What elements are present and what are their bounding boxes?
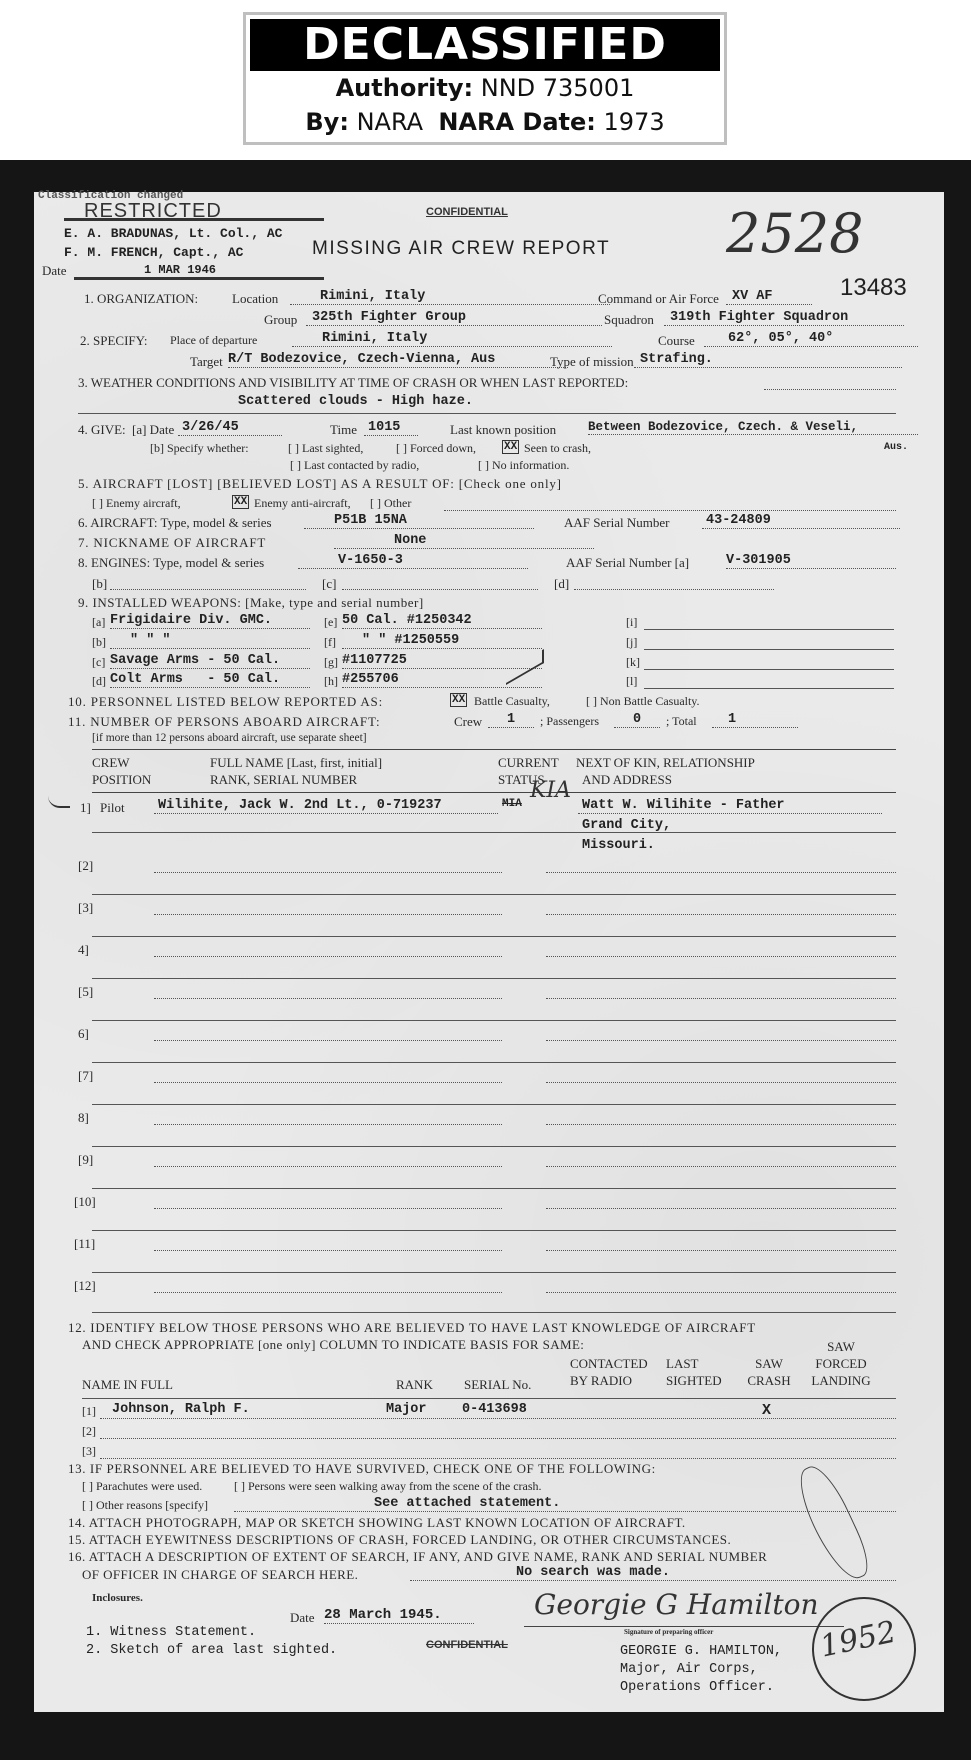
by-label: By: bbox=[305, 108, 349, 136]
time-label: Time bbox=[330, 422, 357, 438]
last-knowledge-label: 12. IDENTIFY BELOW THOSE PERSONS WHO ARE… bbox=[68, 1320, 756, 1336]
engine-b-line bbox=[110, 589, 306, 590]
col-serial: SERIAL No. bbox=[464, 1377, 531, 1393]
survived-label: 13. IF PERSONNEL ARE BELIEVED TO HAVE SU… bbox=[68, 1461, 656, 1477]
mission-type-label: Type of mission bbox=[550, 354, 634, 370]
other-cause-line bbox=[444, 510, 896, 511]
aircraft-serial-field: 43-24809 bbox=[702, 513, 900, 529]
passengers-count-field: 0 bbox=[614, 712, 660, 728]
authority-line-2: F. M. FRENCH, Capt., AC bbox=[64, 245, 243, 260]
battle-casualty-checkbox[interactable]: XX bbox=[450, 693, 467, 707]
squadron-field: 319th Fighter Squadron bbox=[664, 310, 904, 326]
no-information-checkbox[interactable]: [ ] No information. bbox=[478, 458, 569, 473]
last-knowledge-label-2: AND CHECK APPROPRIATE [one only] COLUMN … bbox=[82, 1337, 584, 1353]
crew-row-number: 8] bbox=[78, 1110, 89, 1126]
witness-row-number: [2] bbox=[82, 1424, 96, 1439]
persons-aboard-label: 11. NUMBER OF PERSONS ABOARD AIRCRAFT: bbox=[68, 714, 380, 730]
crew-row-number: [2] bbox=[78, 858, 93, 874]
total-count-field: 1 bbox=[712, 712, 798, 728]
weapon-key: [k] bbox=[626, 655, 640, 670]
crew-row-number: 6] bbox=[78, 1026, 89, 1042]
engine-c-label: [c] bbox=[322, 576, 336, 592]
header-text: FULL NAME [Last, first, initial] bbox=[210, 754, 382, 771]
weapon-c-field: Savage Arms - 50 Cal. bbox=[110, 653, 310, 669]
col-name-in-full: NAME IN FULL bbox=[82, 1377, 173, 1393]
engine-d-label: [d] bbox=[554, 576, 569, 592]
aircraft-type-field: P51B 15NA bbox=[304, 513, 534, 529]
squadron-label: Squadron bbox=[604, 312, 654, 328]
weapon-j-line bbox=[644, 649, 894, 650]
handwritten-number: 2528 bbox=[726, 202, 863, 265]
weapon-i-line bbox=[644, 629, 894, 630]
weapon-key: [i] bbox=[626, 615, 637, 630]
course-label: Course bbox=[658, 333, 695, 349]
weapon-key: [f] bbox=[324, 635, 336, 650]
crew-row-number: [10] bbox=[74, 1194, 96, 1210]
inclosure-item: 2. Sketch of area last sighted. bbox=[86, 1643, 337, 1658]
target-label: Target bbox=[190, 354, 223, 370]
kin-name-field: Watt W. Wilihite - Father bbox=[578, 798, 882, 814]
confidential-top-stamp: CONFIDENTIAL bbox=[426, 206, 508, 218]
witness-row-line bbox=[100, 1418, 896, 1419]
weather-field: Scattered clouds - High haze. bbox=[238, 394, 473, 409]
weapon-key: [j] bbox=[626, 635, 637, 650]
attach-photo-label: 14. ATTACH PHOTOGRAPH, MAP OR SKETCH SHO… bbox=[68, 1515, 686, 1531]
mission-type-field: Strafing. bbox=[634, 352, 902, 368]
command-field: XV AF bbox=[726, 289, 812, 305]
group-label: Group bbox=[264, 312, 297, 328]
nara-date-label: NARA Date: bbox=[438, 108, 596, 136]
header-text: RANK, SERIAL NUMBER bbox=[210, 771, 382, 788]
engine-c-line bbox=[342, 589, 538, 590]
officer-in-charge-label: OF OFFICER IN CHARGE OF SEARCH HERE. bbox=[82, 1567, 358, 1583]
authority-line: Authority: NND 735001 bbox=[246, 71, 724, 105]
witness-serial: 0-413698 bbox=[462, 1402, 527, 1417]
declassified-stamp: DECLASSIFIED Authority: NND 735001 By: N… bbox=[243, 12, 727, 145]
witness-row-line bbox=[100, 1438, 896, 1439]
authority-label: Authority: bbox=[336, 74, 473, 102]
declassified-heading: DECLASSIFIED bbox=[250, 19, 720, 71]
parachutes-checkbox[interactable]: [ ] Parachutes were used. bbox=[82, 1479, 202, 1494]
crew-position-header: CREW POSITION bbox=[92, 754, 151, 788]
attach-eyewitness-label: 15. ATTACH EYEWITNESS DESCRIPTIONS OF CR… bbox=[68, 1532, 731, 1548]
document-page: Classification changed RESTRICTED E. A. … bbox=[34, 192, 944, 1712]
inclosures-label: Inclosures. bbox=[92, 1592, 143, 1604]
crew-row-number: [7] bbox=[78, 1068, 93, 1084]
footer-date-field: 28 March 1945. bbox=[324, 1607, 474, 1624]
inclosure-item: 1. Witness Statement. bbox=[86, 1625, 256, 1640]
weapon-key: [l] bbox=[626, 674, 637, 689]
departure-field: Rimini, Italy bbox=[292, 331, 612, 347]
crew-label: Crew bbox=[454, 714, 482, 730]
weapon-f-field: " " #1250559 bbox=[342, 633, 542, 649]
position-field: Between Bodezovice, Czech. & Veseli, bbox=[588, 420, 918, 435]
witness-rank: Major bbox=[386, 1402, 427, 1417]
engine-b-label: [b] bbox=[92, 576, 107, 592]
nara-line: By: NARA NARA Date: 1973 bbox=[246, 105, 724, 139]
time-field: 1015 bbox=[364, 420, 418, 436]
crew-row-number: [3] bbox=[78, 900, 93, 916]
report-number: 13483 bbox=[840, 274, 907, 302]
anti-aircraft-label: Enemy anti-aircraft, bbox=[254, 496, 351, 511]
witness-row-line bbox=[100, 1458, 896, 1459]
weapon-key: [c] bbox=[92, 655, 105, 670]
weapon-key: [e] bbox=[324, 615, 337, 630]
crew-position: Pilot bbox=[100, 800, 125, 816]
seen-to-crash-label: Seen to crash, bbox=[524, 441, 591, 456]
crew-row-number: [12] bbox=[74, 1278, 96, 1294]
total-label: ; Total bbox=[666, 714, 697, 729]
last-contacted-radio-checkbox[interactable]: [ ] Last contacted by radio, bbox=[290, 458, 419, 473]
enemy-aircraft-checkbox[interactable]: [ ] Enemy aircraft, bbox=[92, 496, 181, 511]
crew-status-handwritten: KIA bbox=[530, 778, 571, 803]
walking-away-checkbox[interactable]: [ ] Persons were seen walking away from … bbox=[234, 1479, 542, 1494]
crew-kin-header: NEXT OF KIN, RELATIONSHIP AND ADDRESS bbox=[576, 754, 755, 788]
group-field: 325th Fighter Group bbox=[306, 310, 602, 326]
crew-row-number: 1] bbox=[80, 800, 91, 816]
weapon-key: [b] bbox=[92, 635, 106, 650]
kin-address-2: Missouri. bbox=[582, 838, 655, 853]
other-reasons-field: See attached statement. bbox=[234, 1496, 896, 1512]
crew-row-rule bbox=[92, 832, 896, 833]
signature-caption: Signature of preparing officer bbox=[624, 1628, 713, 1636]
confidential-bottom-stamp: CONFIDENTIAL bbox=[426, 1639, 508, 1651]
strike-line bbox=[64, 218, 324, 221]
other-reasons-checkbox[interactable]: [ ] Other reasons [specify] bbox=[82, 1498, 208, 1513]
witness-row-number: [3] bbox=[82, 1444, 96, 1459]
strike-line bbox=[74, 277, 324, 280]
weapon-key: [g] bbox=[324, 655, 338, 670]
command-label: Command or Air Force bbox=[598, 291, 719, 307]
header-text: CREW bbox=[92, 754, 151, 771]
specify-label: 2. SPECIFY: bbox=[80, 333, 147, 349]
col-last-sighted: LAST SIGHTED bbox=[666, 1355, 736, 1389]
page-title: MISSING AIR CREW REPORT bbox=[312, 238, 610, 260]
crew-count-field: 1 bbox=[488, 712, 534, 728]
crew-header-rule bbox=[92, 749, 896, 750]
weapon-l-line bbox=[644, 688, 894, 689]
crew-header-rule bbox=[92, 792, 896, 793]
footer-date-label: Date bbox=[290, 1610, 315, 1626]
header-text: AND ADDRESS bbox=[576, 771, 755, 788]
anti-aircraft-checkbox[interactable]: XX bbox=[232, 495, 249, 509]
course-field: 62°, 05°, 40° bbox=[704, 331, 918, 347]
officer-signature: Georgie G Hamilton bbox=[534, 1588, 819, 1621]
weapon-key: [h] bbox=[324, 674, 338, 689]
witness-saw-crash-mark: X bbox=[762, 1402, 771, 1419]
weapon-d-field: Colt Arms - 50 Cal. bbox=[110, 672, 310, 688]
passengers-label: ; Passengers bbox=[540, 714, 599, 729]
give-label: 4. GIVE: bbox=[78, 422, 126, 438]
seen-to-crash-checkbox[interactable]: XX bbox=[502, 440, 519, 454]
last-sighted-checkbox[interactable]: [ ] Last sighted, bbox=[288, 441, 363, 456]
header-text: NEXT OF KIN, RELATIONSHIP bbox=[576, 754, 755, 771]
weapon-a-field: Frigidaire Div. GMC. bbox=[110, 613, 310, 629]
attach-search-label: 16. ATTACH A DESCRIPTION OF EXTENT OF SE… bbox=[68, 1549, 767, 1565]
kin-address-1: Grand City, bbox=[582, 818, 671, 833]
header-date: 1 MAR 1946 bbox=[144, 263, 216, 277]
position-label: Last known position bbox=[450, 422, 556, 438]
weather-line bbox=[764, 389, 896, 390]
date-label: Date bbox=[42, 263, 67, 279]
non-battle-casualty-checkbox[interactable]: [ ] Non Battle Casualty. bbox=[586, 694, 700, 709]
crew-name-field: Wilihite, Jack W. 2nd Lt., 0-719237 bbox=[154, 798, 498, 814]
officer-rank: Major, Air Corps, bbox=[620, 1662, 758, 1677]
weather-underline bbox=[78, 413, 896, 414]
weapons-label: 9. INSTALLED WEAPONS: [Make, type and se… bbox=[78, 595, 424, 611]
check-mark bbox=[48, 796, 70, 808]
col-saw-forced-landing: SAW FORCED LANDING bbox=[806, 1338, 876, 1389]
crew-status-struck: MIA bbox=[502, 798, 522, 810]
location-field: Rimini, Italy bbox=[290, 289, 610, 305]
nickname-label: 7. NICKNAME OF AIRCRAFT bbox=[78, 535, 266, 551]
other-cause-checkbox[interactable]: [ ] Other bbox=[370, 496, 411, 511]
date-sub-label: [a] Date bbox=[132, 422, 174, 438]
nickname-field: None bbox=[334, 533, 594, 549]
signature-line bbox=[524, 1626, 844, 1627]
departure-label: Place of departure bbox=[170, 333, 257, 348]
incident-date-field: 3/26/45 bbox=[178, 420, 282, 436]
weapon-k-line bbox=[644, 669, 894, 670]
crew-name-header: FULL NAME [Last, first, initial] RANK, S… bbox=[210, 754, 382, 788]
by-value: NARA bbox=[357, 108, 424, 136]
header-text: CURRENT bbox=[498, 754, 559, 771]
crew-row-number: 4] bbox=[78, 942, 89, 958]
col-contacted-radio: CONTACTED BY RADIO bbox=[570, 1355, 660, 1389]
weather-label: 3. WEATHER CONDITIONS AND VISIBILITY AT … bbox=[78, 375, 628, 391]
authority-line-1: E. A. BRADUNAS, Lt. Col., AC bbox=[64, 226, 282, 241]
organization-label: 1. ORGANIZATION: bbox=[84, 291, 198, 307]
battle-casualty-label: Battle Casualty, bbox=[474, 694, 550, 709]
crew-row-number: [9] bbox=[78, 1152, 93, 1168]
col-saw-crash: SAW CRASH bbox=[744, 1355, 794, 1389]
aircraft-lost-label: 5. AIRCRAFT [LOST] [BELIEVED LOST] AS A … bbox=[78, 476, 562, 492]
weapon-b-field: " " " bbox=[110, 633, 310, 649]
witness-header-rule bbox=[82, 1398, 896, 1399]
personnel-reported-label: 10. PERSONNEL LISTED BELOW REPORTED AS: bbox=[68, 694, 383, 710]
search-description-field: No search was made. bbox=[410, 1565, 896, 1581]
crew-row-number: [5] bbox=[78, 984, 93, 1000]
engine-serial-label: AAF Serial Number [a] bbox=[566, 555, 689, 571]
target-field: R/T Bodezovice, Czech-Vienna, Aus bbox=[228, 352, 568, 368]
aircraft-serial-label: AAF Serial Number bbox=[564, 515, 669, 531]
weapon-e-field: 50 Cal. #1250342 bbox=[342, 613, 542, 629]
header-text: POSITION bbox=[92, 771, 151, 788]
engine-serial-field: V-301905 bbox=[726, 553, 896, 569]
specify-whether-label: [b] Specify whether: bbox=[150, 441, 249, 456]
weapon-key: [a] bbox=[92, 615, 105, 630]
nara-date-value: 1973 bbox=[604, 108, 665, 136]
officer-title: Operations Officer. bbox=[620, 1680, 774, 1695]
col-rank: RANK bbox=[396, 1377, 433, 1393]
witness-row-number: [1] bbox=[82, 1404, 96, 1419]
aircraft-type-label: 6. AIRCRAFT: Type, model & series bbox=[78, 515, 272, 531]
witness-name: Johnson, Ralph F. bbox=[112, 1402, 250, 1417]
engine-type-field: V-1650-3 bbox=[298, 553, 528, 569]
authority-value: NND 735001 bbox=[481, 74, 635, 102]
engines-label: 8. ENGINES: Type, model & series bbox=[78, 555, 264, 571]
location-label: Location bbox=[232, 291, 278, 307]
engine-d-line bbox=[574, 589, 774, 590]
position-field-continued: Aus. bbox=[884, 442, 908, 453]
crew-row-number: [11] bbox=[74, 1236, 95, 1252]
forced-down-checkbox[interactable]: [ ] Forced down, bbox=[396, 441, 476, 456]
officer-name: GEORGIE G. HAMILTON, bbox=[620, 1644, 782, 1659]
separate-sheet-note: [if more than 12 persons aboard aircraft… bbox=[92, 732, 367, 744]
weapon-key: [d] bbox=[92, 674, 106, 689]
